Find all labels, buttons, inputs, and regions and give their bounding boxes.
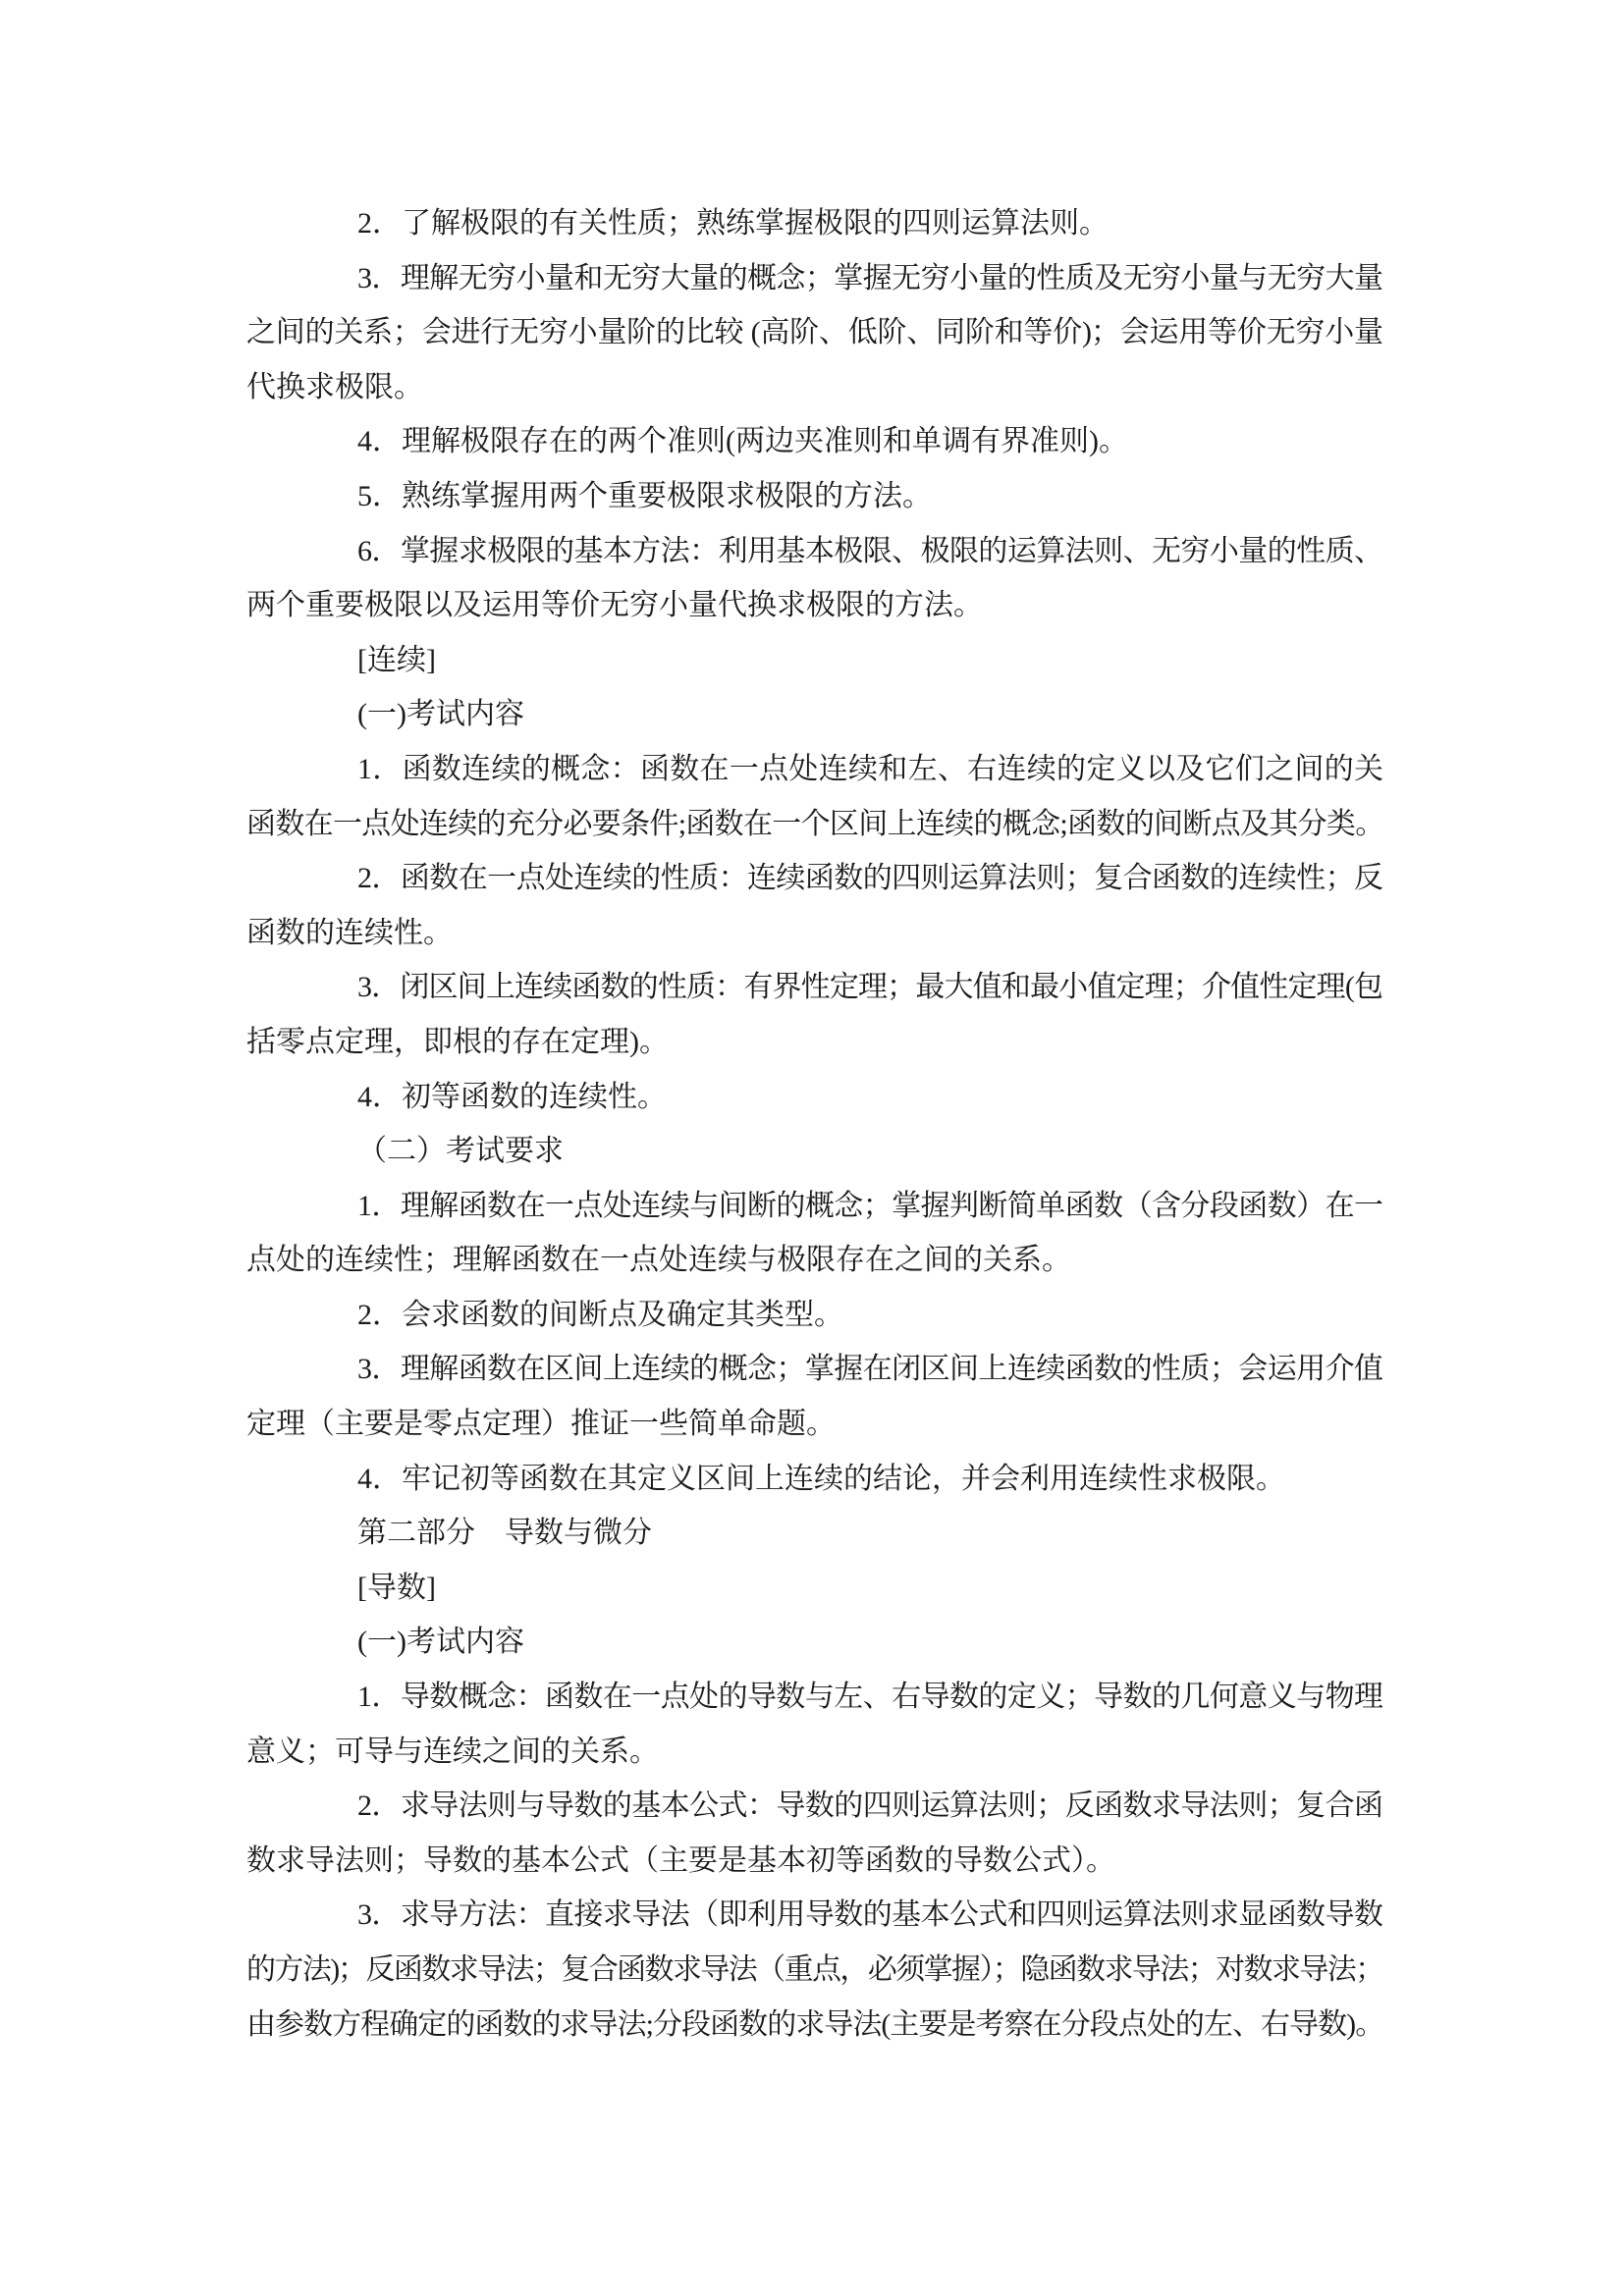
text-line: 点处的连续性；理解函数在一点处连续与极限存在之间的关系。: [246, 1233, 1382, 1288]
heading-exam-content-2: (一)考试内容: [246, 1615, 1382, 1670]
heading-part-2-title: 第二部分 导数与微分: [246, 1506, 1382, 1561]
text-line: 两个重要极限以及运用等价无穷小量代换求极限的方法。: [246, 578, 1382, 633]
text-line: 数求导法则；导数的基本公式（主要是基本初等函数的导数公式）。: [246, 1834, 1382, 1889]
text-line: 5．熟练掌握用两个重要极限求极限的方法。: [246, 469, 1382, 524]
text-line: 1．导数概念：函数在一点处的导数与左、右导数的定义；导数的几何意义与物理: [246, 1670, 1382, 1725]
text-line: 函数在一点处连续的充分必要条件;函数在一个区间上连续的概念;函数的间断点及其分类…: [246, 797, 1382, 852]
text-line: 3．闭区间上连续函数的性质：有界性定理；最大值和最小值定理；介值性定理(包: [246, 960, 1382, 1015]
text-line: 4．理解极限存在的两个准则(两边夹准则和单调有界准则)。: [246, 414, 1382, 469]
text-line: 4．初等函数的连续性。: [246, 1070, 1382, 1125]
heading-exam-requirements: （二）考试要求: [246, 1124, 1382, 1179]
heading-exam-content-1: (一)考试内容: [246, 687, 1382, 742]
text-line: 括零点定理，即根的存在定理)。: [246, 1015, 1382, 1070]
text-line: 1．函数连续的概念：函数在一点处连续和左、右连续的定义以及它们之间的关系；: [246, 742, 1382, 797]
text-line: 3．求导方法：直接求导法（即利用导数的基本公式和四则运算法则求显函数导数: [246, 1888, 1382, 1943]
text-line: 3．理解无穷小量和无穷大量的概念；掌握无穷小量的性质及无穷小量与无穷大量: [246, 251, 1382, 306]
section-label-derivative: [导数]: [246, 1561, 1382, 1616]
text-line: 2．求导法则与导数的基本公式：导数的四则运算法则；反函数求导法则；复合函: [246, 1779, 1382, 1834]
text-line: 由参数方程确定的函数的求导法;分段函数的求导法(主要是考察在分段点处的左、右导数…: [246, 1998, 1382, 2053]
text-line: 函数的连续性。: [246, 906, 1382, 961]
text-line: 之间的关系；会进行无穷小量阶的比较 (高阶、低阶、同阶和等价)；会运用等价无穷小…: [246, 305, 1382, 360]
section-label-continuity: [连续]: [246, 633, 1382, 688]
text-line: 定理（主要是零点定理）推证一些简单命题。: [246, 1397, 1382, 1452]
text-line: 4．牢记初等函数在其定义区间上连续的结论，并会利用连续性求极限。: [246, 1452, 1382, 1507]
text-line: 2．会求函数的间断点及确定其类型。: [246, 1288, 1382, 1343]
text-line: 3．理解函数在区间上连续的概念；掌握在闭区间上连续函数的性质；会运用介值: [246, 1342, 1382, 1397]
text-line: 意义；可导与连续之间的关系。: [246, 1725, 1382, 1780]
text-line: 2．了解极限的有关性质；熟练掌握极限的四则运算法则。: [246, 196, 1382, 251]
text-line: 代换求极限。: [246, 360, 1382, 415]
text-line: 2．函数在一点处连续的性质：连续函数的四则运算法则；复合函数的连续性；反: [246, 851, 1382, 906]
document-page: 2．了解极限的有关性质；熟练掌握极限的四则运算法则。3．理解无穷小量和无穷大量的…: [0, 0, 1624, 2296]
text-line: 1．理解函数在一点处连续与间断的概念；掌握判断简单函数（含分段函数）在一: [246, 1179, 1382, 1234]
text-line: 的方法)；反函数求导法；复合函数求导法（重点，必须掌握）；隐函数求导法；对数求导…: [246, 1943, 1382, 1998]
text-line: 6．掌握求极限的基本方法：利用基本极限、极限的运算法则、无穷小量的性质、: [246, 524, 1382, 579]
text-block: 2．了解极限的有关性质；熟练掌握极限的四则运算法则。3．理解无穷小量和无穷大量的…: [246, 196, 1382, 2052]
